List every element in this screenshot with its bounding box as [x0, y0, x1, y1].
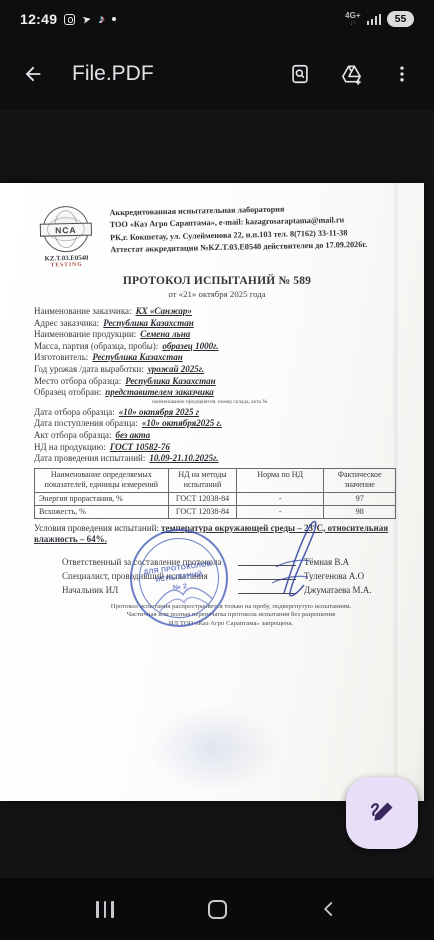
annotate-fab[interactable]	[346, 777, 418, 849]
notification-dot-icon	[112, 17, 116, 21]
field-label: Дата поступления образца:	[34, 418, 138, 428]
pdf-viewer-toolbar: File.PDF	[0, 38, 434, 110]
field-row: НД на продукцию:ГОСТ 10582-76	[34, 442, 400, 454]
lab-header-text: Аккредитованная испытательная лаборатори…	[109, 200, 367, 267]
field-label: Наименование заказчика:	[34, 306, 132, 316]
table-header-cell: Норма по НД	[237, 468, 324, 492]
norm-cell: -	[237, 492, 324, 505]
pdf-viewer-canvas[interactable]: NCA KZ.T.03.E0540 TESTING Аккредитованна…	[0, 110, 434, 878]
field-row: Год урожая /дата выработки:урожай 2025г.	[34, 364, 400, 376]
actual-value-cell: 98	[324, 505, 396, 518]
add-to-drive-button[interactable]	[339, 62, 363, 86]
stylus-annotate-icon	[367, 798, 397, 828]
field-label: Масса, партия (образца, пробы):	[34, 341, 158, 351]
protocol-title: ПРОТОКОЛ ИСПЫТАНИЙ № 589	[34, 275, 400, 287]
signature-line	[238, 593, 296, 594]
field-label: Дата проведения испытаний:	[34, 453, 145, 463]
nav-back-chevron-icon	[320, 900, 338, 918]
field-row: Дата отбора образца:«10» октября 2025 г	[34, 407, 400, 419]
field-label: Место отбора образца:	[34, 376, 121, 386]
field-value: Республика Казахстан	[103, 318, 193, 328]
protocol-fields: Наименование заказчика:КХ «Санжар» Адрес…	[34, 306, 400, 465]
actual-value-cell: 97	[324, 492, 396, 505]
find-in-document-button[interactable]	[288, 62, 312, 86]
signal-strength-icon	[367, 14, 382, 25]
kebab-menu-icon	[392, 64, 412, 84]
norm-cell: -	[237, 505, 324, 518]
network-type-icon: 4G+ ↓↑	[345, 12, 360, 27]
field-row: Изготовитель:Республика Казахстан	[34, 352, 400, 364]
find-in-document-icon	[289, 63, 311, 85]
telegram-icon: ➤	[81, 12, 93, 27]
signature-line	[238, 565, 296, 566]
table-header-row: Наименование определяемых показателей, е…	[35, 468, 396, 492]
round-stamp: ДЛЯ ПРОТОКОЛОВ ИСПЫТАНИЙ № 2	[124, 523, 233, 632]
method-cell: ГОСТ 12038-84	[168, 492, 237, 505]
signature-area: Ответственный за составление протокола Т…	[34, 555, 400, 629]
home-icon	[208, 900, 227, 919]
table-header-cell: НД на методы испытаний	[168, 468, 237, 492]
field-value: без акта	[116, 430, 151, 440]
conditions-label: Условия проведения испытаний:	[34, 523, 159, 533]
tiktok-icon: ♪	[99, 12, 105, 26]
field-row: Место отбора образца:Республика Казахста…	[34, 376, 400, 388]
field-label: Изготовитель:	[34, 352, 88, 362]
field-value: 10.09-21.10.2025г.	[149, 453, 218, 463]
nav-back-button[interactable]	[312, 892, 346, 926]
signer-name: Тёмная В.А	[304, 555, 400, 569]
indicator-cell: Энергия прорастания, %	[35, 492, 169, 505]
back-button[interactable]	[20, 61, 46, 87]
home-button[interactable]	[200, 892, 234, 926]
field-value: Республика Казахстан	[92, 352, 182, 362]
indicator-cell: Всхожесть, %	[35, 505, 169, 518]
field-label: НД на продукцию:	[34, 442, 106, 452]
field-row: Наименование продукции:Семена льна	[34, 329, 400, 341]
clock: 12:49	[20, 11, 57, 27]
phone-screen: 12:49 ➤ ♪ 4G+ ↓↑ 55 File.PDF	[0, 0, 434, 940]
field-row: Дата поступления образца:«10» октября202…	[34, 418, 400, 430]
field-row: Масса, партия (образца, пробы):образец 1…	[34, 341, 400, 353]
signer-name: Тулегенова А.О	[304, 569, 400, 583]
instagram-icon	[64, 14, 75, 25]
field-value: «10» октября 2025 г	[119, 407, 199, 417]
signature-row: Специалист, проводивший испытания Тулеге…	[62, 569, 400, 583]
field-value: урожай 2025г.	[148, 364, 204, 374]
table-row: Энергия прорастания, % ГОСТ 12038-84 - 9…	[35, 492, 396, 505]
field-label: Адрес заказчика:	[34, 318, 99, 328]
globe-logo-icon: NCA	[42, 206, 89, 253]
field-value: образец 1000г.	[162, 341, 218, 351]
table-header-cell: Наименование определяемых показателей, е…	[35, 468, 169, 492]
field-value: КХ «Санжар»	[136, 306, 192, 316]
battery-indicator: 55	[387, 11, 414, 27]
lab-header: NCA KZ.T.03.E0540 TESTING Аккредитованна…	[33, 199, 400, 269]
field-label: Дата отбора образца:	[34, 407, 115, 417]
status-bar: 12:49 ➤ ♪ 4G+ ↓↑ 55	[0, 0, 434, 38]
field-value: Семена льна	[140, 329, 190, 339]
field-label: Образец отобран:	[34, 387, 101, 397]
protocol-date: от «21» октября 2025 года	[34, 289, 400, 299]
document-page: NCA KZ.T.03.E0540 TESTING Аккредитованна…	[0, 183, 424, 801]
field-row: Акт отбора образца:без акта	[34, 430, 400, 442]
signer-name: Джуматаева М.А.	[304, 583, 400, 597]
field-value: «10» октября2025 г.	[142, 418, 222, 428]
field-row: Адрес заказчика:Республика Казахстан	[34, 318, 400, 330]
results-table: Наименование определяемых показателей, е…	[34, 468, 396, 519]
field-value: представителем заказчика	[105, 387, 214, 397]
signature-row: Ответственный за составление протокола Т…	[62, 555, 400, 569]
nca-accreditation-logo: NCA KZ.T.03.E0540 TESTING	[33, 205, 98, 268]
recents-button[interactable]	[88, 892, 122, 926]
add-to-drive-icon	[340, 63, 363, 86]
stamp-ornament-icon	[127, 525, 236, 634]
back-arrow-icon	[22, 63, 44, 85]
android-nav-bar	[0, 878, 434, 940]
method-cell: ГОСТ 12038-84	[168, 505, 237, 518]
more-options-button[interactable]	[390, 62, 414, 86]
table-header-cell: Фактическое значение	[324, 468, 396, 492]
file-title: File.PDF	[72, 62, 288, 86]
signature-line	[238, 579, 296, 580]
field-label: Год урожая /дата выработки:	[34, 364, 144, 374]
table-row: Всхожесть, % ГОСТ 12038-84 - 98	[35, 505, 396, 518]
field-note: наименование предприятия, номер склада, …	[152, 399, 400, 405]
field-label: Наименование продукции:	[34, 329, 136, 339]
recents-icon	[96, 901, 114, 918]
field-row: Образец отобран:представителем заказчика…	[34, 387, 400, 405]
field-value: ГОСТ 10582-76	[110, 442, 170, 452]
field-label: Акт отбора образца:	[34, 430, 112, 440]
field-row: Наименование заказчика:КХ «Санжар»	[34, 306, 400, 318]
field-row: Дата проведения испытаний:10.09-21.10.20…	[34, 453, 400, 465]
faint-stamp-imprint	[148, 705, 278, 793]
field-value: Республика Казахстан	[125, 376, 215, 386]
